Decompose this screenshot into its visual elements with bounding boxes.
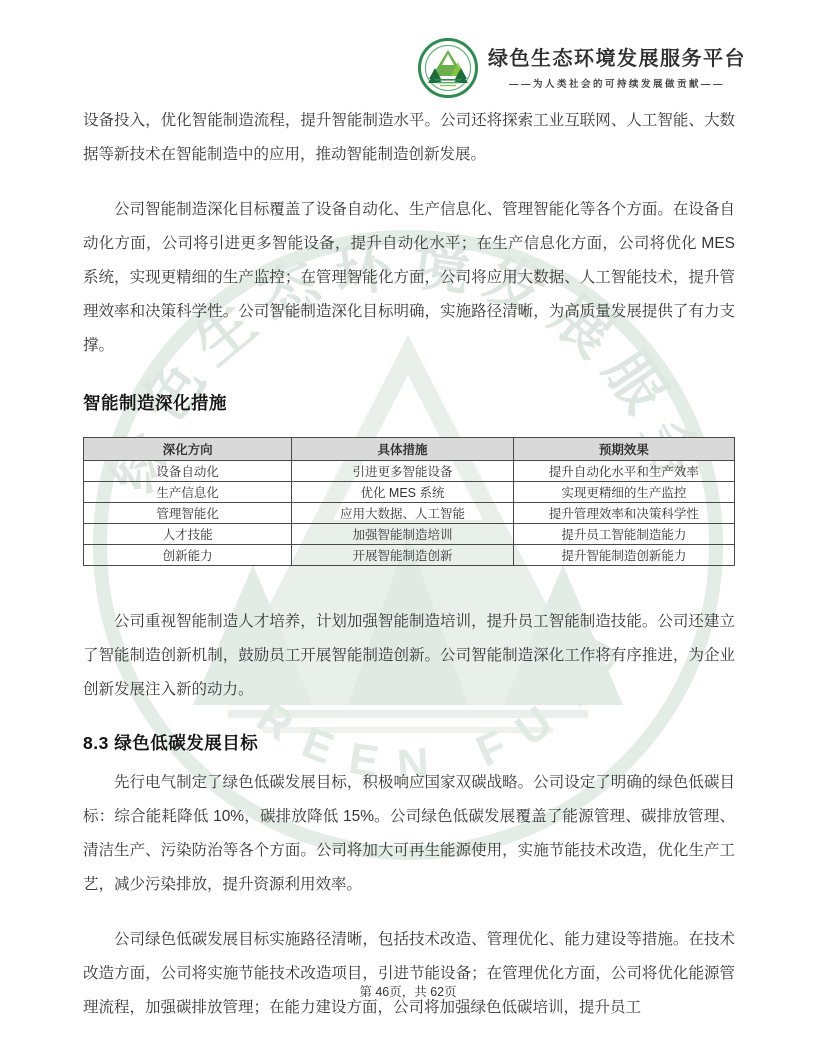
table-row: 人才技能 加强智能制造培训 提升员工智能制造能力 <box>84 524 735 545</box>
cell-effect: 提升管理效率和决策科学性 <box>513 503 734 524</box>
paragraph-green-path: 公司绿色低碳发展目标实施路径清晰，包括技术改造、管理优化、能力建设等措施。在技术… <box>83 923 735 1025</box>
header-text-block: 绿色生态环境发展服务平台 ——为人类社会的可持续发展做贡献—— <box>488 46 746 90</box>
document-header: 绿色生态环境发展服务平台 ——为人类社会的可持续发展做贡献—— <box>418 38 746 98</box>
cell-direction: 人才技能 <box>84 524 292 545</box>
platform-tagline: ——为人类社会的可持续发展做贡献—— <box>509 76 725 90</box>
table-row: 设备自动化 引进更多智能设备 提升自动化水平和生产效率 <box>84 461 735 482</box>
col-header-direction: 深化方向 <box>84 438 292 461</box>
platform-logo-icon <box>418 38 478 98</box>
col-header-effect: 预期效果 <box>513 438 734 461</box>
cell-effect: 提升自动化水平和生产效率 <box>513 461 734 482</box>
document-page: 绿色生态环境发展服务 GREEN FUTURE <box>0 0 816 1056</box>
smart-manufacturing-table: 深化方向 具体措施 预期效果 设备自动化 引进更多智能设备 提升自动化水平和生产… <box>83 437 735 566</box>
cell-measure: 优化 MES 系统 <box>292 482 513 503</box>
col-header-measure: 具体措施 <box>292 438 513 461</box>
table-heading: 智能制造深化措施 <box>83 390 735 415</box>
cell-direction: 管理智能化 <box>84 503 292 524</box>
table-row: 创新能力 开展智能制造创新 提升智能制造创新能力 <box>84 545 735 566</box>
cell-measure: 开展智能制造创新 <box>292 545 513 566</box>
paragraph-continuation: 设备投入，优化智能制造流程，提升智能制造水平。公司还将探索工业互联网、人工智能、… <box>83 104 735 172</box>
table-row: 管理智能化 应用大数据、人工智能 提升管理效率和决策科学性 <box>84 503 735 524</box>
page-footer: 第 46页，共 62页 <box>0 982 816 1000</box>
cell-direction: 创新能力 <box>84 545 292 566</box>
document-body: 设备投入，优化智能制造流程，提升智能制造水平。公司还将探索工业互联网、人工智能、… <box>83 104 735 1025</box>
cell-effect: 提升员工智能制造能力 <box>513 524 734 545</box>
table-header-row: 深化方向 具体措施 预期效果 <box>84 438 735 461</box>
cell-measure: 应用大数据、人工智能 <box>292 503 513 524</box>
cell-effect: 实现更精细的生产监控 <box>513 482 734 503</box>
section-heading-8-3: 8.3 绿色低碳发展目标 <box>83 730 735 755</box>
cell-direction: 设备自动化 <box>84 461 292 482</box>
paragraph-smart-targets: 公司智能制造深化目标覆盖了设备自动化、生产信息化、管理智能化等各个方面。在设备自… <box>83 193 735 363</box>
table-row: 生产信息化 优化 MES 系统 实现更精细的生产监控 <box>84 482 735 503</box>
cell-direction: 生产信息化 <box>84 482 292 503</box>
page-number-label: 第 46页，共 62页 <box>359 985 456 999</box>
cell-measure: 加强智能制造培训 <box>292 524 513 545</box>
paragraph-talent: 公司重视智能制造人才培养，计划加强智能制造培训，提升员工智能制造技能。公司还建立… <box>83 605 735 707</box>
paragraph-green-goal: 先行电气制定了绿色低碳发展目标，积极响应国家双碳战略。公司设定了明确的绿色低碳目… <box>83 766 735 902</box>
platform-title: 绿色生态环境发展服务平台 <box>488 46 746 72</box>
cell-measure: 引进更多智能设备 <box>292 461 513 482</box>
cell-effect: 提升智能制造创新能力 <box>513 545 734 566</box>
